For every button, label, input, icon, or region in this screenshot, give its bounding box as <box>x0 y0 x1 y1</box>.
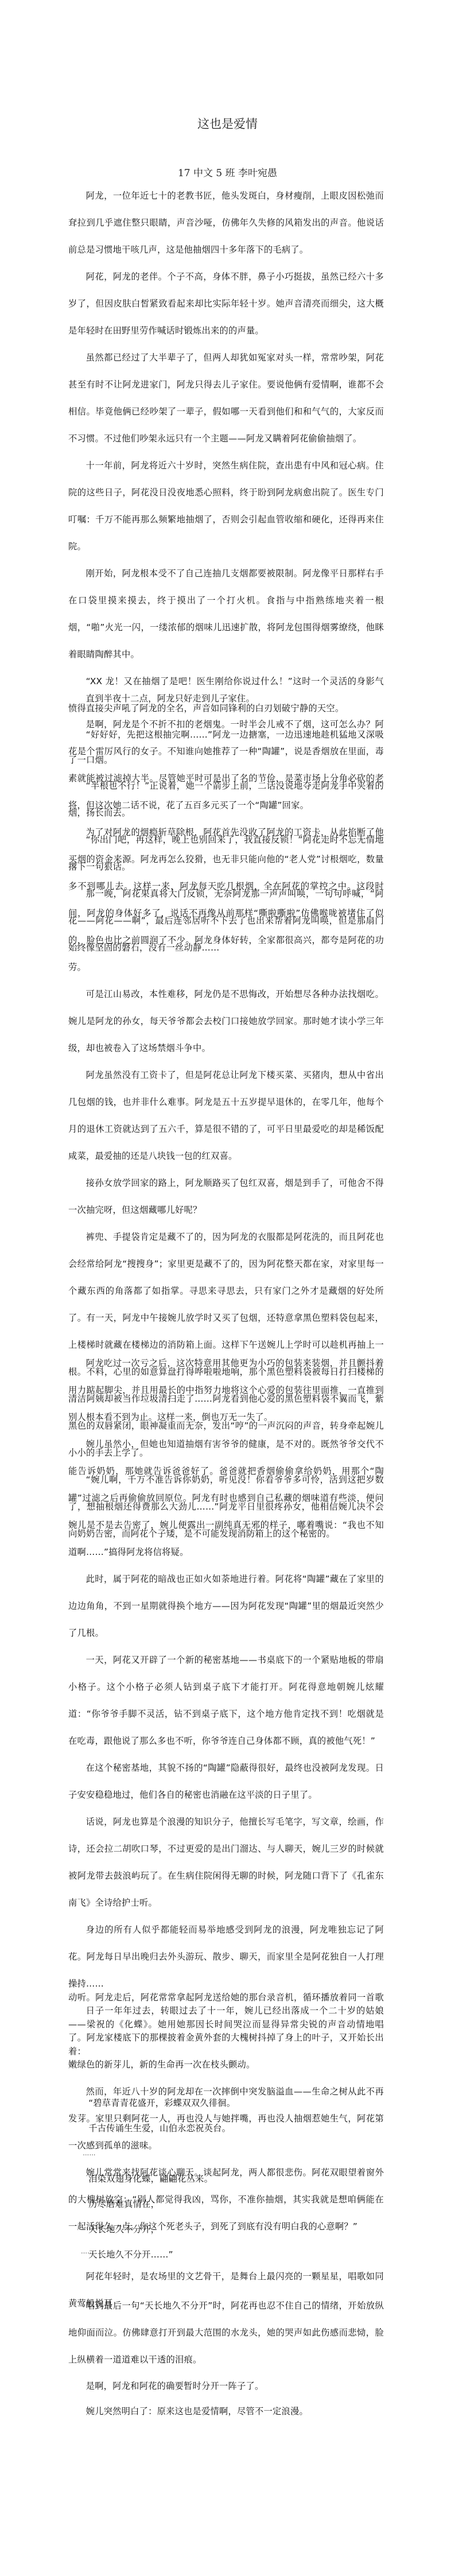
paragraph: 阿龙虽然没有工资卡了，但是阿花总让阿龙下楼买菜、买猪肉，想从中省出几包烟的钱，也… <box>68 1062 384 1170</box>
lyric-line: 千古传诵生生爱，山伯永恋祝英台。 <box>68 2116 384 2141</box>
spacer <box>68 2267 384 2292</box>
paragraph: 在这个秘密基地，其貌不扬的“陶罐”隐蔽得很好，最终也没被阿龙发现。日子安安稳稳地… <box>68 1755 384 1809</box>
paragraph: 阿龙，一位年近七十的老教书匠，他头发斑白，身材瘦削，上眼皮因松弛而耷拉到几乎遮住… <box>68 183 384 263</box>
paragraph: 是啊，阿龙是个不折不扣的老烟鬼。一时半会儿戒不了烟，这可怎么办？阿花是个雷厉风行… <box>68 711 384 819</box>
lyric-line: 天长地久不分开， <box>68 2217 384 2242</box>
document-title: 这也是爱情 <box>0 115 455 132</box>
paragraph: 婉儿突然明白了：原来这也是爱情啊，尽管不一定浪漫。 <box>68 2399 384 2424</box>
page-2: 直到半夜十二点，阿龙只好走到儿子家住。 是啊，阿龙是个不折不扣的老烟鬼。一时半会… <box>0 686 455 1289</box>
lyric-ellipsis: …… <box>68 2141 384 2166</box>
paragraph: 可是江山易改，本性难移，阿龙仍是不思悔改，开始想尽各种办法找烟吃。婉儿是阿龙的孙… <box>68 981 384 1062</box>
paragraph: 直到半夜十二点，阿龙只好走到儿子家住。 <box>68 686 384 711</box>
song-lyrics: “碧草青青花盛开，彩蝶双双久徘徊。 千古传诵生生爱，山伯永恋祝英台。 …… 泪染… <box>68 2090 384 2267</box>
lyric-line: 天长地久不分开……” <box>68 2242 384 2267</box>
lyric-line: 泪染双翅身化蝶，翩翩花丛来。 <box>68 2166 384 2191</box>
paragraph: 阿龙吃过一次亏之后，这次特意用其他更为小巧的包装来装烟，并且颤抖着用力踮起脚尖，… <box>68 1350 384 1431</box>
paragraph: 是啊，阿龙和阿花的确要暂时分开一阵子了。 <box>68 2373 384 2399</box>
paragraph: 动听。阿龙走后，阿花常常拿起阿龙送给她的那台录音机，循环播放着同一首歌——梁祝的… <box>68 1984 384 2065</box>
paragraph: 接孙女放学回家的路上，阿龙顺路买了包红双喜，烟是到手了，可他舍不得一次抽完呀，但… <box>68 1170 384 1224</box>
paragraph: 唱到最后一句“天长地久不分开”时，阿花再也忍不住自己的情绪，开始放纵地仰面而泣。… <box>68 2292 384 2373</box>
spacer <box>68 2065 384 2090</box>
paragraph: 虽然都已经过了大半辈子了，但两人却犹如冤家对头一样，常常吵架，阿花甚至有时不让阿… <box>68 344 384 452</box>
lyric-line: 历尽磨难真情在， <box>68 2191 384 2217</box>
page-4-body: 动听。阿龙走后，阿花常常拿起阿龙送给她的那台录音机，循环播放着同一首歌——梁祝的… <box>68 1984 384 2424</box>
page-1: 这也是爱情 17 中文 5 班 李叶宛愚 阿龙，一位年近七十的老教书匠，他头发斑… <box>0 0 455 631</box>
paragraph: 刚开始，阿龙根本受不了自己连抽几支烟都要被限制。阿龙像平日那样右手在口袋里摸来摸… <box>68 560 384 668</box>
paragraph: 十一年前，阿龙将近六十岁时，突然生病住院，查出患有中风和冠心病。住院的这些日子，… <box>68 452 384 560</box>
paragraph: 此时，属于阿花的暗战也正如火如荼地进行着。阿花将“陶罐”藏在了家里的边边角角，不… <box>68 1566 384 1647</box>
page-3: 阿龙吃过一次亏之后，这次特意用其他更为小巧的包装来装烟，并且颤抖着用力踮起脚尖，… <box>0 1350 455 1924</box>
paragraph: 一天，阿花又开辟了一个新的秘密基地——书桌底下的一个紧贴地板的带扇小格子。这个小… <box>68 1647 384 1755</box>
paragraph: 婉儿虽然小，但她也知道抽烟有害爷爷的健康，是不对的。既然爷爷交代不能告诉奶奶，那… <box>68 1431 384 1566</box>
paragraph: 话说，阿龙也算是个浪漫的知识分子，他擅长写毛笔字，写文章，绘画，作诗，还会拉二胡… <box>68 1809 384 1917</box>
lyric-line: “碧草青青花盛开，彩蝶双双久徘徊。 <box>68 2090 384 2116</box>
paragraph: 为了对阿龙的烟瘾斩草除根，阿花首先没收了阿龙的工资卡，从此掐断了他买烟的资金来源… <box>68 819 384 981</box>
page-4: 动听。阿龙走后，阿花常常拿起阿龙送给她的那台录音机，循环播放着同一首歌——梁祝的… <box>0 1984 455 2386</box>
author-byline: 17 中文 5 班 李叶宛愚 <box>0 165 455 179</box>
paragraph: 阿花，阿龙的老伴。个子不高，身体不胖，鼻子小巧挺拔，虽然已经六十多岁了，但因皮肤… <box>68 263 384 344</box>
